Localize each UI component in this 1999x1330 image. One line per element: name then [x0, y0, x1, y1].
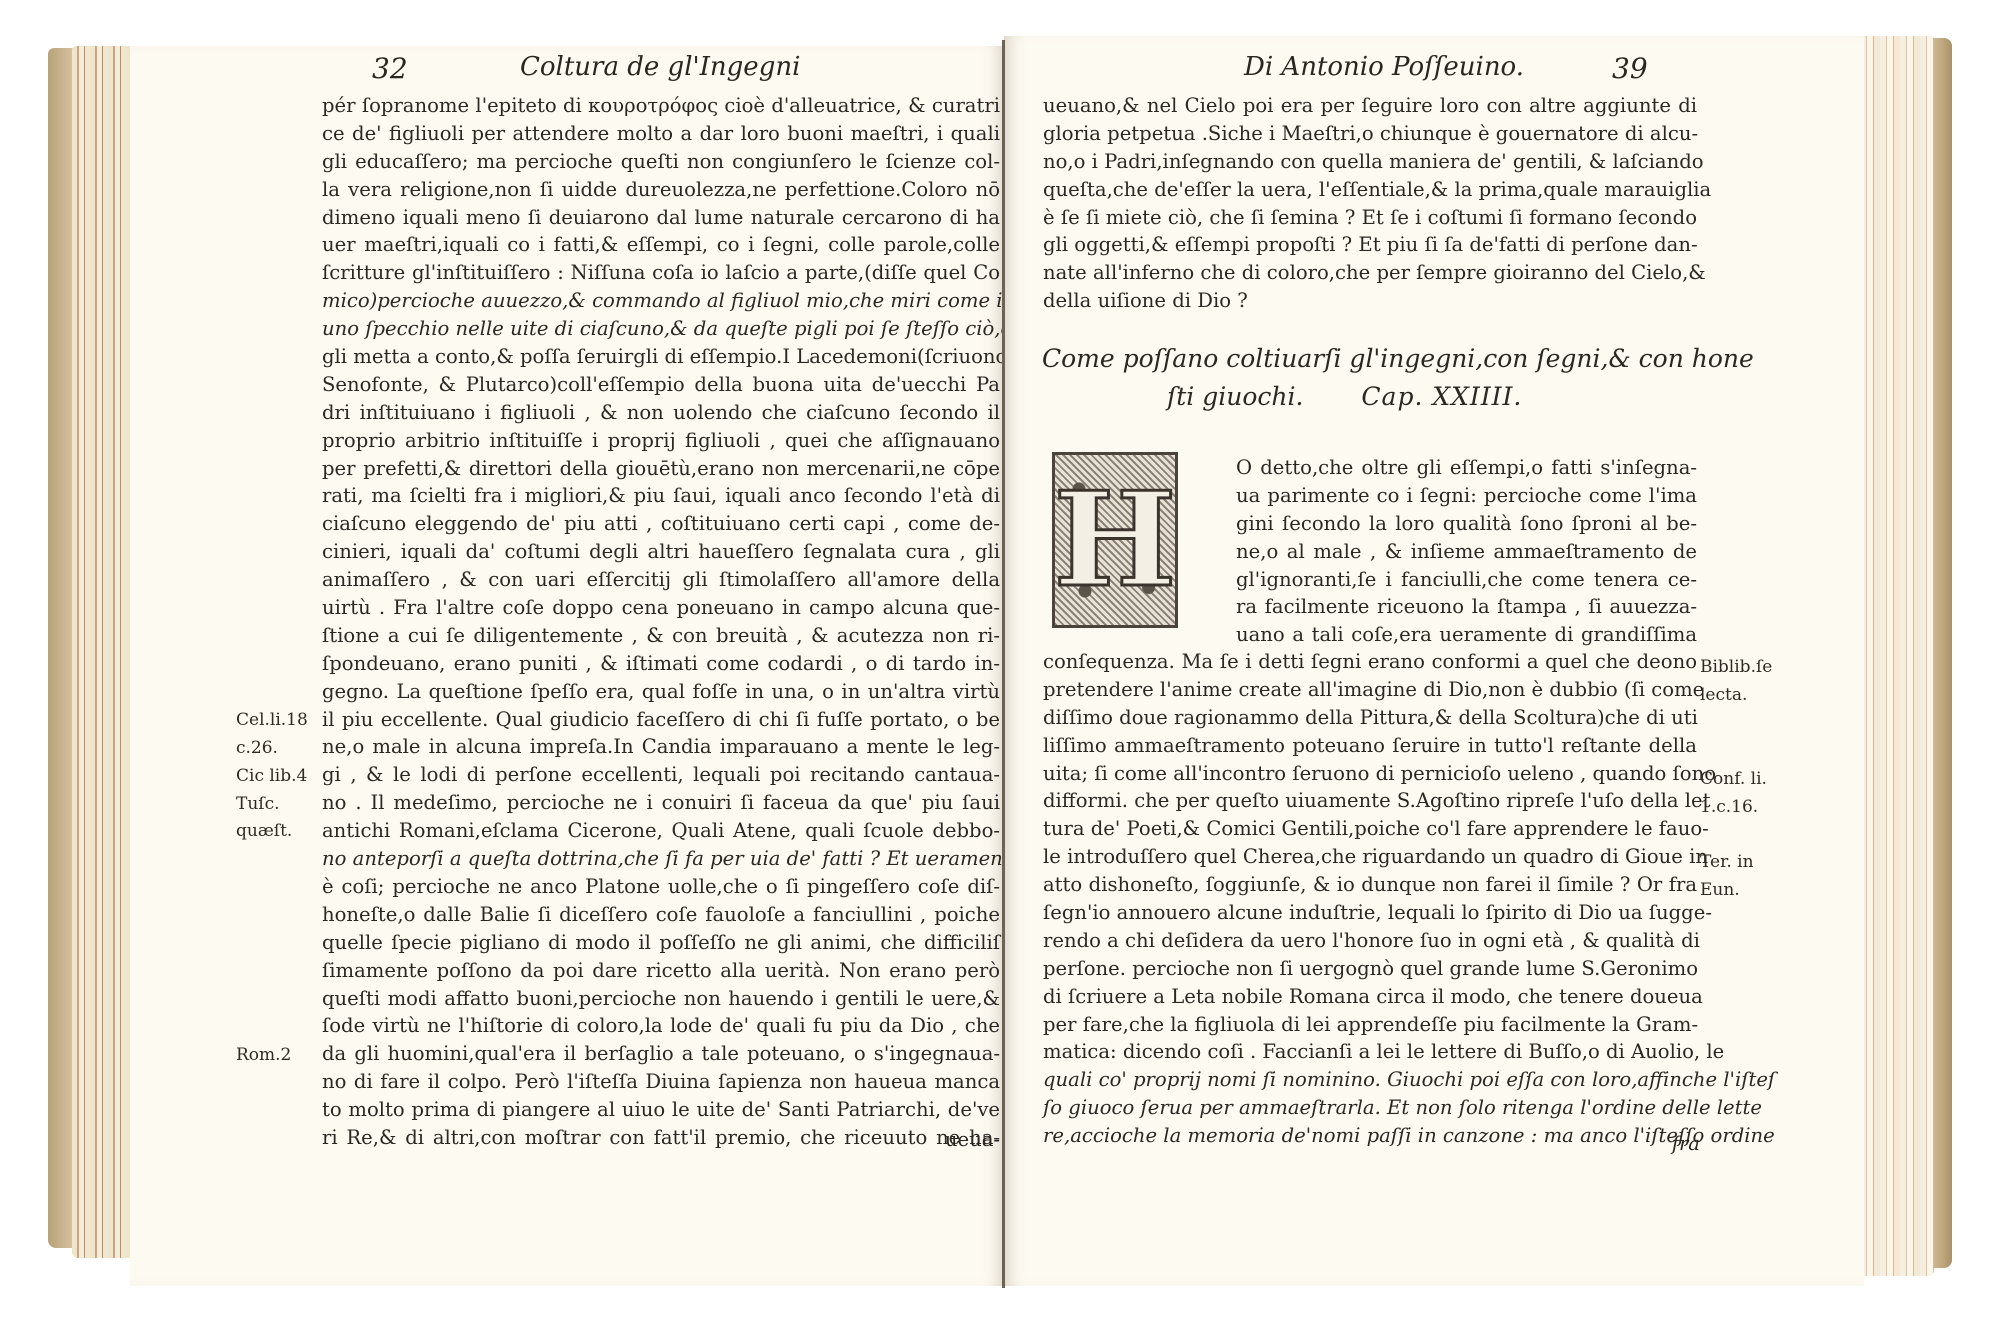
text-line: conſequenza. Ma ſe i detti ſegni erano c…	[1043, 648, 1697, 676]
right-running-head: Di Antonio Poſſeuino.	[1244, 52, 1524, 82]
text-line: ſpondeuano, erano puniti , & iſtimati co…	[322, 650, 1000, 678]
text-line: proprio arbitrio inſtituiſſe i proprij f…	[322, 427, 1000, 455]
text-line: uno ſpecchio nelle uite di ciaſcuno,& da…	[322, 315, 1000, 343]
text-line: per prefetti,& direttori della giouētù,e…	[322, 455, 1000, 483]
right-body-text-bottom: conſequenza. Ma ſe i detti ſegni erano c…	[1043, 648, 1697, 1150]
text-line: uer maeſtri,iquali co i fatti,& eſſempi,…	[322, 231, 1000, 259]
text-line: tura de' Poeti,& Comici Gentili,poiche c…	[1043, 815, 1697, 843]
text-line: da gli huomini,qual'era il berſaglio a t…	[322, 1040, 1000, 1068]
marginal-note: c.26.	[236, 737, 278, 759]
text-line: ſtione a cui ſe diligentemente , & con b…	[322, 622, 1000, 650]
text-line: honeſte,o dalle Balie ſi diceſſero coſe …	[322, 901, 1000, 929]
text-line: ſo giuoco ſerua per ammaeſtrarla. Et non…	[1043, 1094, 1697, 1122]
marginal-note: Eun.	[1700, 879, 1740, 901]
marginal-note: Tuſc.	[236, 793, 280, 815]
text-line: dri inſtituiuano i figliuoli , & non uol…	[322, 399, 1000, 427]
text-line: rati, ma ſcielti fra i migliori,& piu ſa…	[322, 482, 1000, 510]
text-line: gli metta a conto,& poſſa ſeruirgli di e…	[322, 343, 1000, 371]
book-gutter	[1002, 40, 1005, 1288]
left-page-number: 32	[372, 52, 408, 85]
chapter-title-line2: ſti giuochi.	[1167, 382, 1303, 411]
right-page-number: 39	[1612, 52, 1648, 85]
text-line: dimeno iquali meno ſi deuiarono dal lume…	[322, 204, 1000, 232]
text-line: gl'ignoranti,ſe i fanciulli,che come ten…	[1236, 566, 1697, 594]
text-line: no,o i Padri,inſegnando con quella manie…	[1043, 148, 1697, 176]
text-line: cinieri, iquali da' coſtumi degli altri …	[322, 538, 1000, 566]
text-line: atto dishoneſto, ſoggiunſe, & io dunque …	[1043, 871, 1697, 899]
text-line: gini ſecondo la loro qualità ſono ſproni…	[1236, 510, 1697, 538]
text-line: re,accioche la memoria de'nomi paſſi in …	[1043, 1122, 1697, 1150]
text-line: no anteporſi a queſta dottrina,che ſi fa…	[322, 845, 1000, 873]
marginal-note: Cel.li.18	[236, 709, 308, 731]
text-line: mico)percioche auuezzo,& commando al fig…	[322, 287, 1000, 315]
text-line: pretendere l'anime create all'imagine di…	[1043, 676, 1697, 704]
text-line: ua parimente co i ſegni: percioche come …	[1236, 482, 1697, 510]
text-line: liſſimo ammaeſtramento poteuano ſeruire …	[1043, 732, 1697, 760]
text-line: pér ſopranome l'epiteto di κουροτρόφος c…	[322, 92, 1000, 120]
text-line: della uiſione di Dio ?	[1043, 287, 1697, 315]
text-line: è coſi; percioche ne anco Platone uolle,…	[322, 873, 1000, 901]
marginal-note: Conf. li.	[1700, 768, 1767, 790]
text-line: gli educaſſero; ma percioche queſti non …	[322, 148, 1000, 176]
text-line: quali co' proprij nomi ſi nominino. Giuo…	[1043, 1066, 1697, 1094]
text-line: la vera religione,non ſi uidde dureuolez…	[322, 176, 1000, 204]
text-line: ne,o male in alcuna impreſa.In Candia im…	[322, 733, 1000, 761]
text-line: gloria petpetua .Siche i Maeſtri,o chiun…	[1043, 120, 1697, 148]
marginal-note: Cic lib.4	[236, 765, 307, 787]
text-line: to molto prima di piangere al uiuo le ui…	[322, 1096, 1000, 1124]
text-line: ce de' figliuoli per attendere molto a d…	[322, 120, 1000, 148]
text-line: rendo a chi deſidera da uero l'honore ſu…	[1043, 927, 1697, 955]
text-line: ri Re,& di altri,con moſtrar con fatt'il…	[322, 1124, 1000, 1152]
text-line: difformi. che per queſto uiuamente S.Ago…	[1043, 787, 1697, 815]
text-line: queſti modi affatto buoni,percioche non …	[322, 985, 1000, 1013]
left-catchword: ueua-	[920, 1126, 1000, 1154]
marginal-note: quæſt.	[236, 820, 292, 842]
initial-letter: H	[1065, 465, 1165, 615]
text-line: per fare,che la figliuola di lei apprend…	[1043, 1011, 1697, 1039]
text-line: queſta,che de'eſſer la uera, l'eſſential…	[1043, 176, 1697, 204]
marginal-note: Ter. in	[1700, 851, 1754, 873]
left-running-head: Coltura de gl'Ingegni	[520, 52, 800, 82]
text-line: no di fare il colpo. Però l'iſteſſa Diui…	[322, 1068, 1000, 1096]
text-line: O detto,che oltre gli eſſempi,o fatti s'…	[1236, 454, 1697, 482]
chapter-title-line1: Come poſſano coltiuarſi gl'ingegni,con ſ…	[1042, 340, 1692, 378]
marginal-note: Biblib.ſe	[1700, 656, 1772, 678]
text-line: il piu eccellente. Qual giudicio faceſſe…	[322, 706, 1000, 734]
left-body-text: pér ſopranome l'epiteto di κουροτρόφος c…	[322, 92, 1000, 1152]
text-line: ne,o al male , & inſieme ammaeſtramento …	[1236, 538, 1697, 566]
marginal-note: lecta.	[1700, 684, 1747, 706]
right-body-text-beside-initial: O detto,che oltre gli eſſempi,o fatti s'…	[1236, 454, 1697, 649]
text-line: uirtù . Fra l'altre coſe doppo cena pone…	[322, 594, 1000, 622]
text-line: uano a tali coſe,era ueramente di grandi…	[1236, 621, 1697, 649]
text-line: antichi Romani,eſclama Cicerone, Quali A…	[322, 817, 1000, 845]
text-line: diſſimo doue ragionammo della Pittura,& …	[1043, 704, 1697, 732]
right-catchword: fra	[1600, 1130, 1700, 1158]
text-line: gli oggetti,& eſſempi propoſti ? Et piu …	[1043, 231, 1697, 259]
text-line: uita; ſi come all'incontro ſeruono di pe…	[1043, 760, 1697, 788]
text-line: ciaſcuno eleggendo de' piu atti , coſtit…	[322, 510, 1000, 538]
text-line: le introduſſero quel Cherea,che riguarda…	[1043, 843, 1697, 871]
marginal-note: 1.c.16.	[1700, 796, 1758, 818]
text-line: ſimamente poſſono da poi dare ricetto al…	[322, 957, 1000, 985]
text-line: quelle ſpecie pigliano di modo il poſſeſ…	[322, 929, 1000, 957]
text-line: gi , & le lodi di perſone eccellenti, le…	[322, 761, 1000, 789]
text-line: matica: dicendo coſi . Faccianſi a lei l…	[1043, 1038, 1697, 1066]
text-line: ra facilmente riceuono la ſtampa , ſi au…	[1236, 593, 1697, 621]
page-edges-left	[72, 46, 134, 1258]
text-line: perſone. percioche non ſi uergognò quel …	[1043, 955, 1697, 983]
text-line: ſegn'io annouero alcune induſtrie, lequa…	[1043, 899, 1697, 927]
page-edges-right	[1860, 36, 1934, 1276]
text-line: Senofonte, & Plutarco)coll'eſſempio dell…	[322, 371, 1000, 399]
text-line: ſcritture gl'inſtituiſſero : Niſſuna coſ…	[322, 259, 1000, 287]
chapter-heading: Come poſſano coltiuarſi gl'ingegni,con ſ…	[1042, 340, 1692, 416]
right-body-text-top: ueuano,& nel Cielo poi era per ſeguire l…	[1043, 92, 1697, 315]
text-line: animaſſero , & con uari eſſercitij gli ſ…	[322, 566, 1000, 594]
chapter-number: Cap. XXIIII.	[1361, 382, 1522, 411]
text-line: ſode virtù ne l'hiſtorie di coloro,la lo…	[322, 1012, 1000, 1040]
text-line: no . Il medeſimo, percioche ne i conuiri…	[322, 789, 1000, 817]
text-line: gegno. La queſtione ſpeſſo era, qual foſ…	[322, 678, 1000, 706]
text-line: nate all'inferno che di coloro,che per ſ…	[1043, 259, 1697, 287]
text-line: ueuano,& nel Cielo poi era per ſeguire l…	[1043, 92, 1697, 120]
text-line: di ſcriuere a Leta nobile Romana circa i…	[1043, 983, 1697, 1011]
marginal-note: Rom.2	[236, 1044, 291, 1066]
decorated-initial-icon: H	[1052, 452, 1178, 628]
text-line: è ſe ſi miete ciò, che ſi ſemina ? Et ſe…	[1043, 204, 1697, 232]
